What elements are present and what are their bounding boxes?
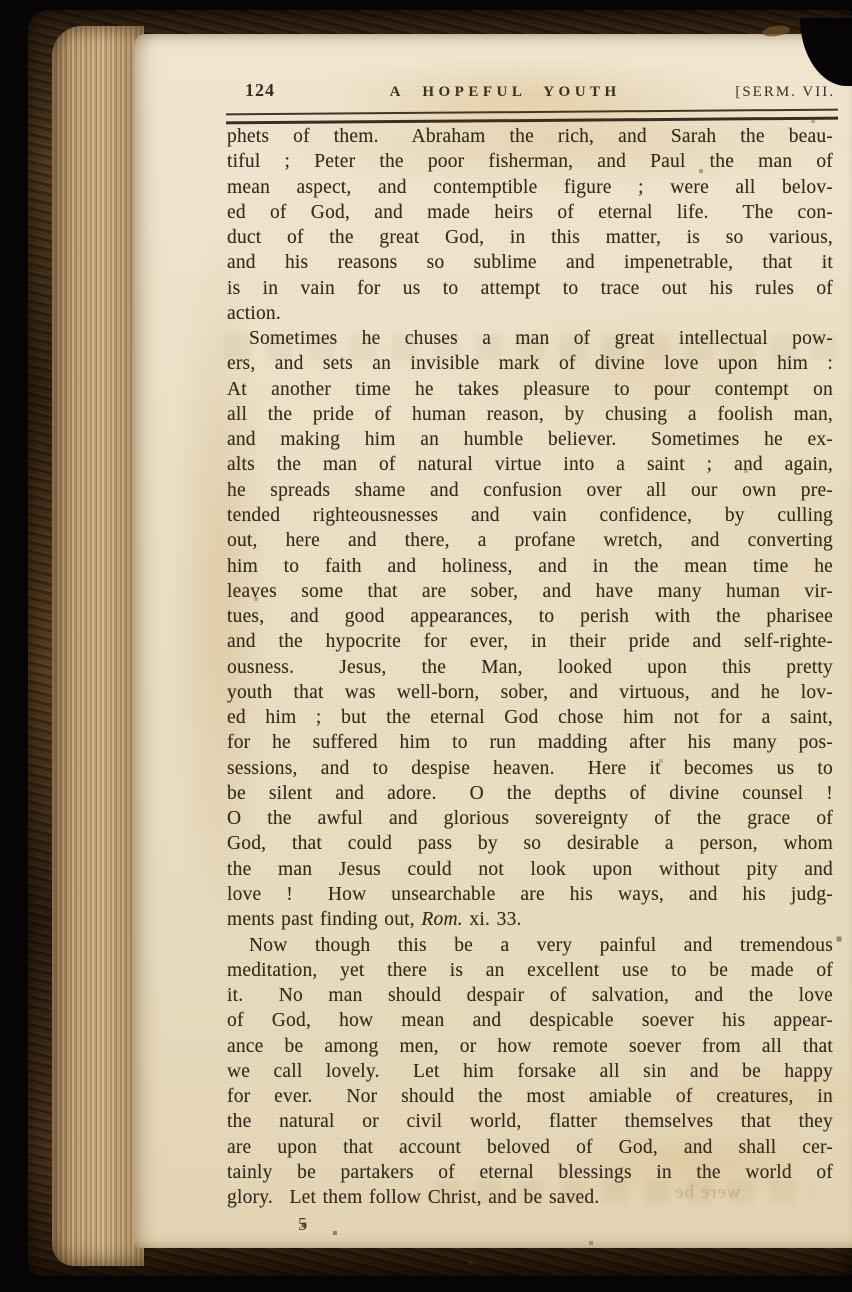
page-number: 124 [227, 80, 275, 101]
text-line: phets of them. Abraham the rich, and Sar… [227, 124, 833, 149]
text-line: alts the man of natural virtue into a sa… [227, 452, 833, 477]
text-line: glory. Let them follow Christ, and be sa… [227, 1185, 833, 1210]
text-line: At another time he takes pleasure to pou… [227, 377, 833, 402]
text-line: ers, and sets an invisible mark of divin… [227, 351, 833, 376]
text-line: youth that was well-born, sober, and vir… [227, 680, 833, 705]
text-line: the man Jesus could not look upon withou… [227, 857, 833, 882]
text-line: the natural or civil world, flatter them… [227, 1109, 833, 1134]
text-line: is in vain for us to attempt to trace ou… [227, 276, 833, 301]
text-line: Sometimes he chuses a man of great intel… [227, 326, 833, 351]
text-line: and making him an humble believer. Somet… [227, 427, 833, 452]
text-line: and his reasons so sublime and impenetra… [227, 250, 833, 275]
body-text: phets of them. Abraham the rich, and Sar… [227, 124, 833, 1210]
text-line: ed of God, and made heirs of eternal lif… [227, 200, 833, 225]
page-fore-edges [52, 26, 144, 1266]
text-line: we call lovely. Let him forsake all sin … [227, 1059, 833, 1084]
text-line: tended righteousnesses and vain confiden… [227, 503, 833, 528]
text-line: out, here and there, a profane wretch, a… [227, 528, 833, 553]
text-line: ousness. Jesus, the Man, looked upon thi… [227, 655, 833, 680]
running-title: A HOPEFUL YOUTH [275, 84, 735, 101]
text-line: and the hypocrite for ever, in their pri… [227, 629, 833, 654]
book-photo: 124 A HOPEFUL YOUTH [SERM. VII. phets of… [0, 0, 852, 1292]
text-line: O the awful and glorious sovereignty of … [227, 806, 833, 831]
text-line: of God, how mean and despicable soever h… [227, 1008, 833, 1033]
text-line: love ! How unsearchable are his ways, an… [227, 882, 833, 907]
text-line: ance be among men, or how remote soever … [227, 1034, 833, 1059]
ghost-bleedthrough-text: were be [674, 1182, 741, 1204]
dust-specks [0, 0, 2, 2]
text-line: he spreads shame and confusion over all … [227, 478, 833, 503]
text-line: sessions, and to despise heaven. Here it… [227, 756, 833, 781]
text-line: for ever. Nor should the most amiable of… [227, 1084, 833, 1109]
text-line: action. [227, 301, 833, 326]
text-line: be silent and adore. O the depths of div… [227, 781, 833, 806]
text-line: leaves some that are sober, and have man… [227, 579, 833, 604]
text-line: mean aspect, and contemptible figure ; w… [227, 175, 833, 200]
double-rule [226, 109, 838, 125]
text-line: ed him ; but the eternal God chose him n… [227, 705, 833, 730]
text-line: for he suffered him to run madding after… [227, 730, 833, 755]
signature-mark: 5 [298, 1214, 307, 1235]
text-line: God, that could pass by so desirable a p… [227, 831, 833, 856]
sermon-label: [SERM. VII. [735, 84, 835, 101]
text-line: are upon that account beloved of God, an… [227, 1135, 833, 1160]
text-line: tiful ; Peter the poor fisherman, and Pa… [227, 149, 833, 174]
text-line: him to faith and holiness, and in the me… [227, 554, 833, 579]
text-line: duct of the great God, in this matter, i… [227, 225, 833, 250]
text-line: all the pride of human reason, by chusin… [227, 402, 833, 427]
text-line: it. No man should despair of salvation, … [227, 983, 833, 1008]
book-page: 124 A HOPEFUL YOUTH [SERM. VII. phets of… [134, 34, 852, 1248]
text-line: meditation, yet there is an excellent us… [227, 958, 833, 983]
running-header: 124 A HOPEFUL YOUTH [SERM. VII. [227, 80, 835, 101]
text-line: ments past finding out, Rom. xi. 33. [227, 907, 833, 932]
text-line: tues, and good appearances, to perish wi… [227, 604, 833, 629]
text-line: Now though this be a very painful and tr… [227, 933, 833, 958]
text-line: tainly be partakers of eternal blessings… [227, 1160, 833, 1185]
